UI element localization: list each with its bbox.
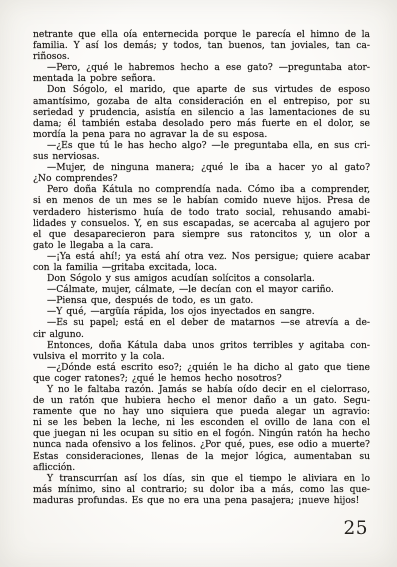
text-line: el que desaparecieron para siempre sus r… — [33, 229, 370, 240]
text-line: de un ratón que hubiera hecho el menor d… — [33, 395, 370, 406]
text-line: —Es su papel; está en el deber de matarn… — [33, 317, 370, 328]
text-line: mentada la pobre señora. — [33, 73, 370, 84]
text-line: cir alguno. — [33, 329, 370, 340]
text-line: que coger ratones?; ¿qué le hemos hecho … — [33, 373, 370, 384]
text-line: Y transcurrían así los días, sin que el … — [33, 473, 370, 484]
text-line: —Cálmate, mujer, cálmate, —le decían con… — [33, 284, 370, 295]
text-line: —Y qué, —argüía rápida, los ojos inyecta… — [33, 306, 370, 317]
text-line: si en menos de un mes se le habían comid… — [33, 195, 370, 206]
page-number: 25 — [343, 517, 368, 541]
text-line: Don Sógolo y sus amigos acudían solícito… — [33, 273, 370, 284]
text-line: ramente que no hay uno siquiera que pued… — [33, 406, 370, 417]
text-line: riñosos. — [33, 51, 370, 62]
text-line: sus nerviosas. — [33, 151, 370, 162]
book-page: netrante que ella oía enternecida porque… — [0, 0, 397, 567]
page-text: netrante que ella oía enternecida porque… — [33, 29, 370, 506]
text-line: Entonces, doña Kátula daba unos gritos t… — [33, 340, 370, 351]
text-line: Don Sógolo, el marido, que aparte de sus… — [33, 84, 370, 95]
text-line: —¿Es que tú le has hecho algo? —le pregu… — [33, 140, 370, 151]
text-line: vulsiva el morrito y la cola. — [33, 351, 370, 362]
text-line: amantísimo, gozaba de alta consideración… — [33, 96, 370, 107]
text-line: ¿No comprendes? — [33, 173, 370, 184]
text-line: dama; él también estaba desolado pero má… — [33, 118, 370, 129]
text-line: nunca nada ofensivo a los felinos. ¿Por … — [33, 439, 370, 450]
text-line: —¿Dónde está escrito eso?; ¿quién le ha … — [33, 362, 370, 373]
text-line: —Mujer, de ninguna manera; ¿qué le iba a… — [33, 162, 370, 173]
text-line: ni se les beben la leche, ni les esconde… — [33, 417, 370, 428]
text-line: aflicción. — [33, 462, 370, 473]
text-line: gato le llegaba a la cara. — [33, 240, 370, 251]
text-line: verdadero histerismo huía de todo trato … — [33, 207, 370, 218]
text-line: mordía la pena para no agravar la de su … — [33, 129, 370, 140]
text-line: familia. Y así los demás; y todos, tan b… — [33, 40, 370, 51]
text-line: Pero doña Kátula no comprendía nada. Cóm… — [33, 184, 370, 195]
text-line: más mínimo, sino al contrario; su dolor … — [33, 484, 370, 495]
text-line: Estas consideraciones, llenas de la mejo… — [33, 451, 370, 462]
text-line: Y no le faltaba razón. Jamás se había oí… — [33, 384, 370, 395]
text-line: maduras profundas. Es que no era una pen… — [33, 495, 370, 506]
text-line: con la familia —gritaba excitada, loca. — [33, 262, 370, 273]
text-line: —Pero, ¿qué le habremos hecho a ese gato… — [33, 62, 370, 73]
text-line: que juegan ni les ocupan su sitio en el … — [33, 428, 370, 439]
text-line: —¡Ya está ahí!; ya está ahí otra vez. No… — [33, 251, 370, 262]
text-line: lidades y consuelos. Y, en sus escapadas… — [33, 218, 370, 229]
text-line: seriedad y prudencia, asistía en silenci… — [33, 107, 370, 118]
text-line: netrante que ella oía enternecida porque… — [33, 29, 370, 40]
text-line: —Piensa que, después de todo, es un gato… — [33, 295, 370, 306]
